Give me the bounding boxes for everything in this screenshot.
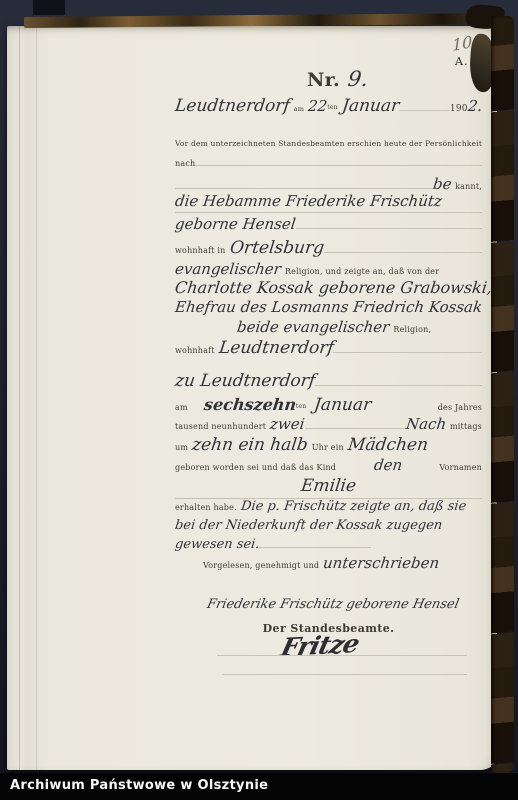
form-letter-a: A.	[455, 55, 468, 68]
nach-label: nach	[175, 160, 195, 168]
note-line-2: bei der Niederkunft der Kossak zugegen	[175, 519, 482, 533]
blank-rule	[222, 673, 467, 675]
note-2-handwritten: bei der Niederkunft der Kossak zugegen	[174, 519, 443, 533]
birth-month: Januar	[313, 397, 372, 415]
ten-suffix: ten	[327, 105, 337, 111]
vorgelesen-line: Vorgelesen, genehmigt und unterschrieben	[175, 556, 482, 572]
mother-name: Charlotte Kossak geborene Grabowski,	[174, 280, 493, 297]
mother-line: Charlotte Kossak geborene Grabowski,	[175, 280, 482, 297]
uhr-ein-label: Uhr ein	[312, 444, 344, 452]
den-handwritten: den	[373, 458, 403, 474]
register-page: 10 A. Nr. 9. Leudtnerdorf am 22 ten Janu…	[7, 26, 497, 770]
note-line-3: gewesen sei.	[175, 538, 482, 552]
birth-time-line: um zehn ein halb Uhr ein Mädchen	[175, 437, 482, 455]
note-line-1: erhalten habe. Die p. Frischütz zeigte a…	[175, 500, 482, 514]
declarant-line-2: geborne Hensel	[175, 217, 482, 233]
birth-year-handwritten: zwei	[269, 417, 305, 433]
vornamen-label: Vornamen	[439, 464, 482, 472]
book-right-edge	[491, 16, 514, 774]
religion-2-printed: Religion,	[393, 326, 431, 334]
child-name-line: Emilie	[175, 478, 482, 499]
report-day: 22	[307, 99, 328, 115]
declarant-signature: Friederike Frischütz geborene Hensel	[206, 598, 461, 612]
am2-label: am	[175, 404, 188, 412]
vorgelesen-printed: Vorgelesen, genehmigt und	[203, 562, 319, 570]
religion-1-handwritten: evangelischer	[174, 262, 282, 278]
blank-rule	[217, 654, 467, 656]
erhalten-label: erhalten habe.	[175, 504, 237, 512]
ten2-suffix: ten	[296, 404, 306, 410]
wohnhaft-in-label: wohnhaft in	[175, 247, 226, 255]
geboren-line: geboren worden sei und daß das Kind den …	[175, 458, 482, 474]
father-name: Ehefrau des Losmanns Friedrich Kossak	[174, 300, 483, 316]
declarant-line-1: die Hebamme Friederike Frischütz	[175, 194, 482, 213]
child-gender: Mädchen	[347, 437, 429, 455]
year-handwritten: 2.	[467, 99, 483, 115]
bekannt-handwritten: be	[432, 177, 452, 193]
record-number-line: Nr. 9.	[307, 68, 368, 91]
declarant-signature-line: Friederike Frischütz geborene Hensel	[207, 598, 482, 612]
religion-line-1: evangelischer Religion, und zeigte an, d…	[175, 262, 482, 278]
nr-label: Nr.	[307, 71, 340, 91]
declarant-birthname: geborne Hensel	[174, 217, 297, 233]
birth-time: zehn ein halb	[191, 437, 309, 455]
nr-value: 9.	[347, 68, 370, 90]
birthplace: zu Leudtnerdorf	[174, 373, 316, 391]
birth-day: sechszehn	[203, 397, 297, 414]
mittags-label: mittags	[450, 423, 482, 431]
intro-text: Vor dem unterzeichneten Standesbeamten e…	[175, 140, 482, 148]
bekannt-printed: kannt,	[455, 183, 482, 191]
archive-watermark-bar: Archiwum Państwowe w Olsztynie	[0, 773, 518, 800]
residence-1: Ortelsburg	[228, 240, 324, 258]
wohnhaft-label: wohnhaft	[175, 347, 215, 355]
book-cover-corner	[33, 0, 65, 15]
birth-date-line: am sechszehn ten Januar des Jahres	[175, 397, 482, 415]
birthplace-line: zu Leudtnerdorf	[175, 373, 482, 391]
bekannt-line: be kannt,	[175, 177, 482, 193]
archive-watermark-text: Archiwum Państwowe w Olsztynie	[10, 778, 268, 793]
am-label: am	[294, 106, 304, 113]
um-label: um	[175, 444, 188, 452]
intro-line: Vor dem unterzeichneten Standesbeamten e…	[175, 140, 482, 148]
birth-year-line: tausend neunhundert zwei Nach mittags	[175, 417, 482, 433]
page-gutter-crease	[36, 26, 37, 770]
note-1-handwritten: Die p. Frischütz zeigte an, daß sie	[240, 500, 467, 514]
beide-handwritten: beide evangelischer	[236, 320, 390, 336]
registrar-signature: Fritze	[278, 631, 361, 661]
geboren-printed: geboren worden sei und daß das Kind	[175, 464, 336, 472]
place-date-line: Leudtnerdorf am 22 ten Januar 190 2.	[175, 98, 482, 116]
scanned-register-photo: 10 A. Nr. 9. Leudtnerdorf am 22 ten Janu…	[0, 0, 518, 800]
residence-line-1: wohnhaft in Ortelsburg	[175, 240, 482, 258]
child-name: Emilie	[300, 478, 357, 496]
nach-line: nach	[175, 160, 482, 168]
religion-line-2: beide evangelischer Religion,	[175, 320, 482, 336]
residence-line-2: wohnhaft Leudtnerdorf	[175, 340, 482, 358]
year-printed: 190	[450, 105, 468, 114]
religion-1-printed: Religion, und zeigte an, daß von der	[285, 268, 439, 276]
residence-2: Leudtnerdorf	[218, 340, 335, 358]
declarant-name: die Hebamme Friederike Frischütz	[174, 194, 443, 210]
place-handwritten: Leudtnerdorf	[174, 98, 291, 116]
des-jahres-label: des Jahres	[438, 404, 482, 412]
pencil-page-number: 10	[452, 32, 473, 55]
report-month: Januar	[341, 98, 400, 116]
page-crease	[19, 26, 20, 770]
unterschrieben-handwritten: unterschrieben	[322, 556, 440, 572]
nach-handwritten: Nach	[405, 417, 447, 433]
father-line: Ehefrau des Losmanns Friedrich Kossak	[175, 300, 482, 316]
note-3-handwritten: gewesen sei.	[174, 538, 260, 552]
tausend-label: tausend neunhundert	[175, 423, 266, 431]
